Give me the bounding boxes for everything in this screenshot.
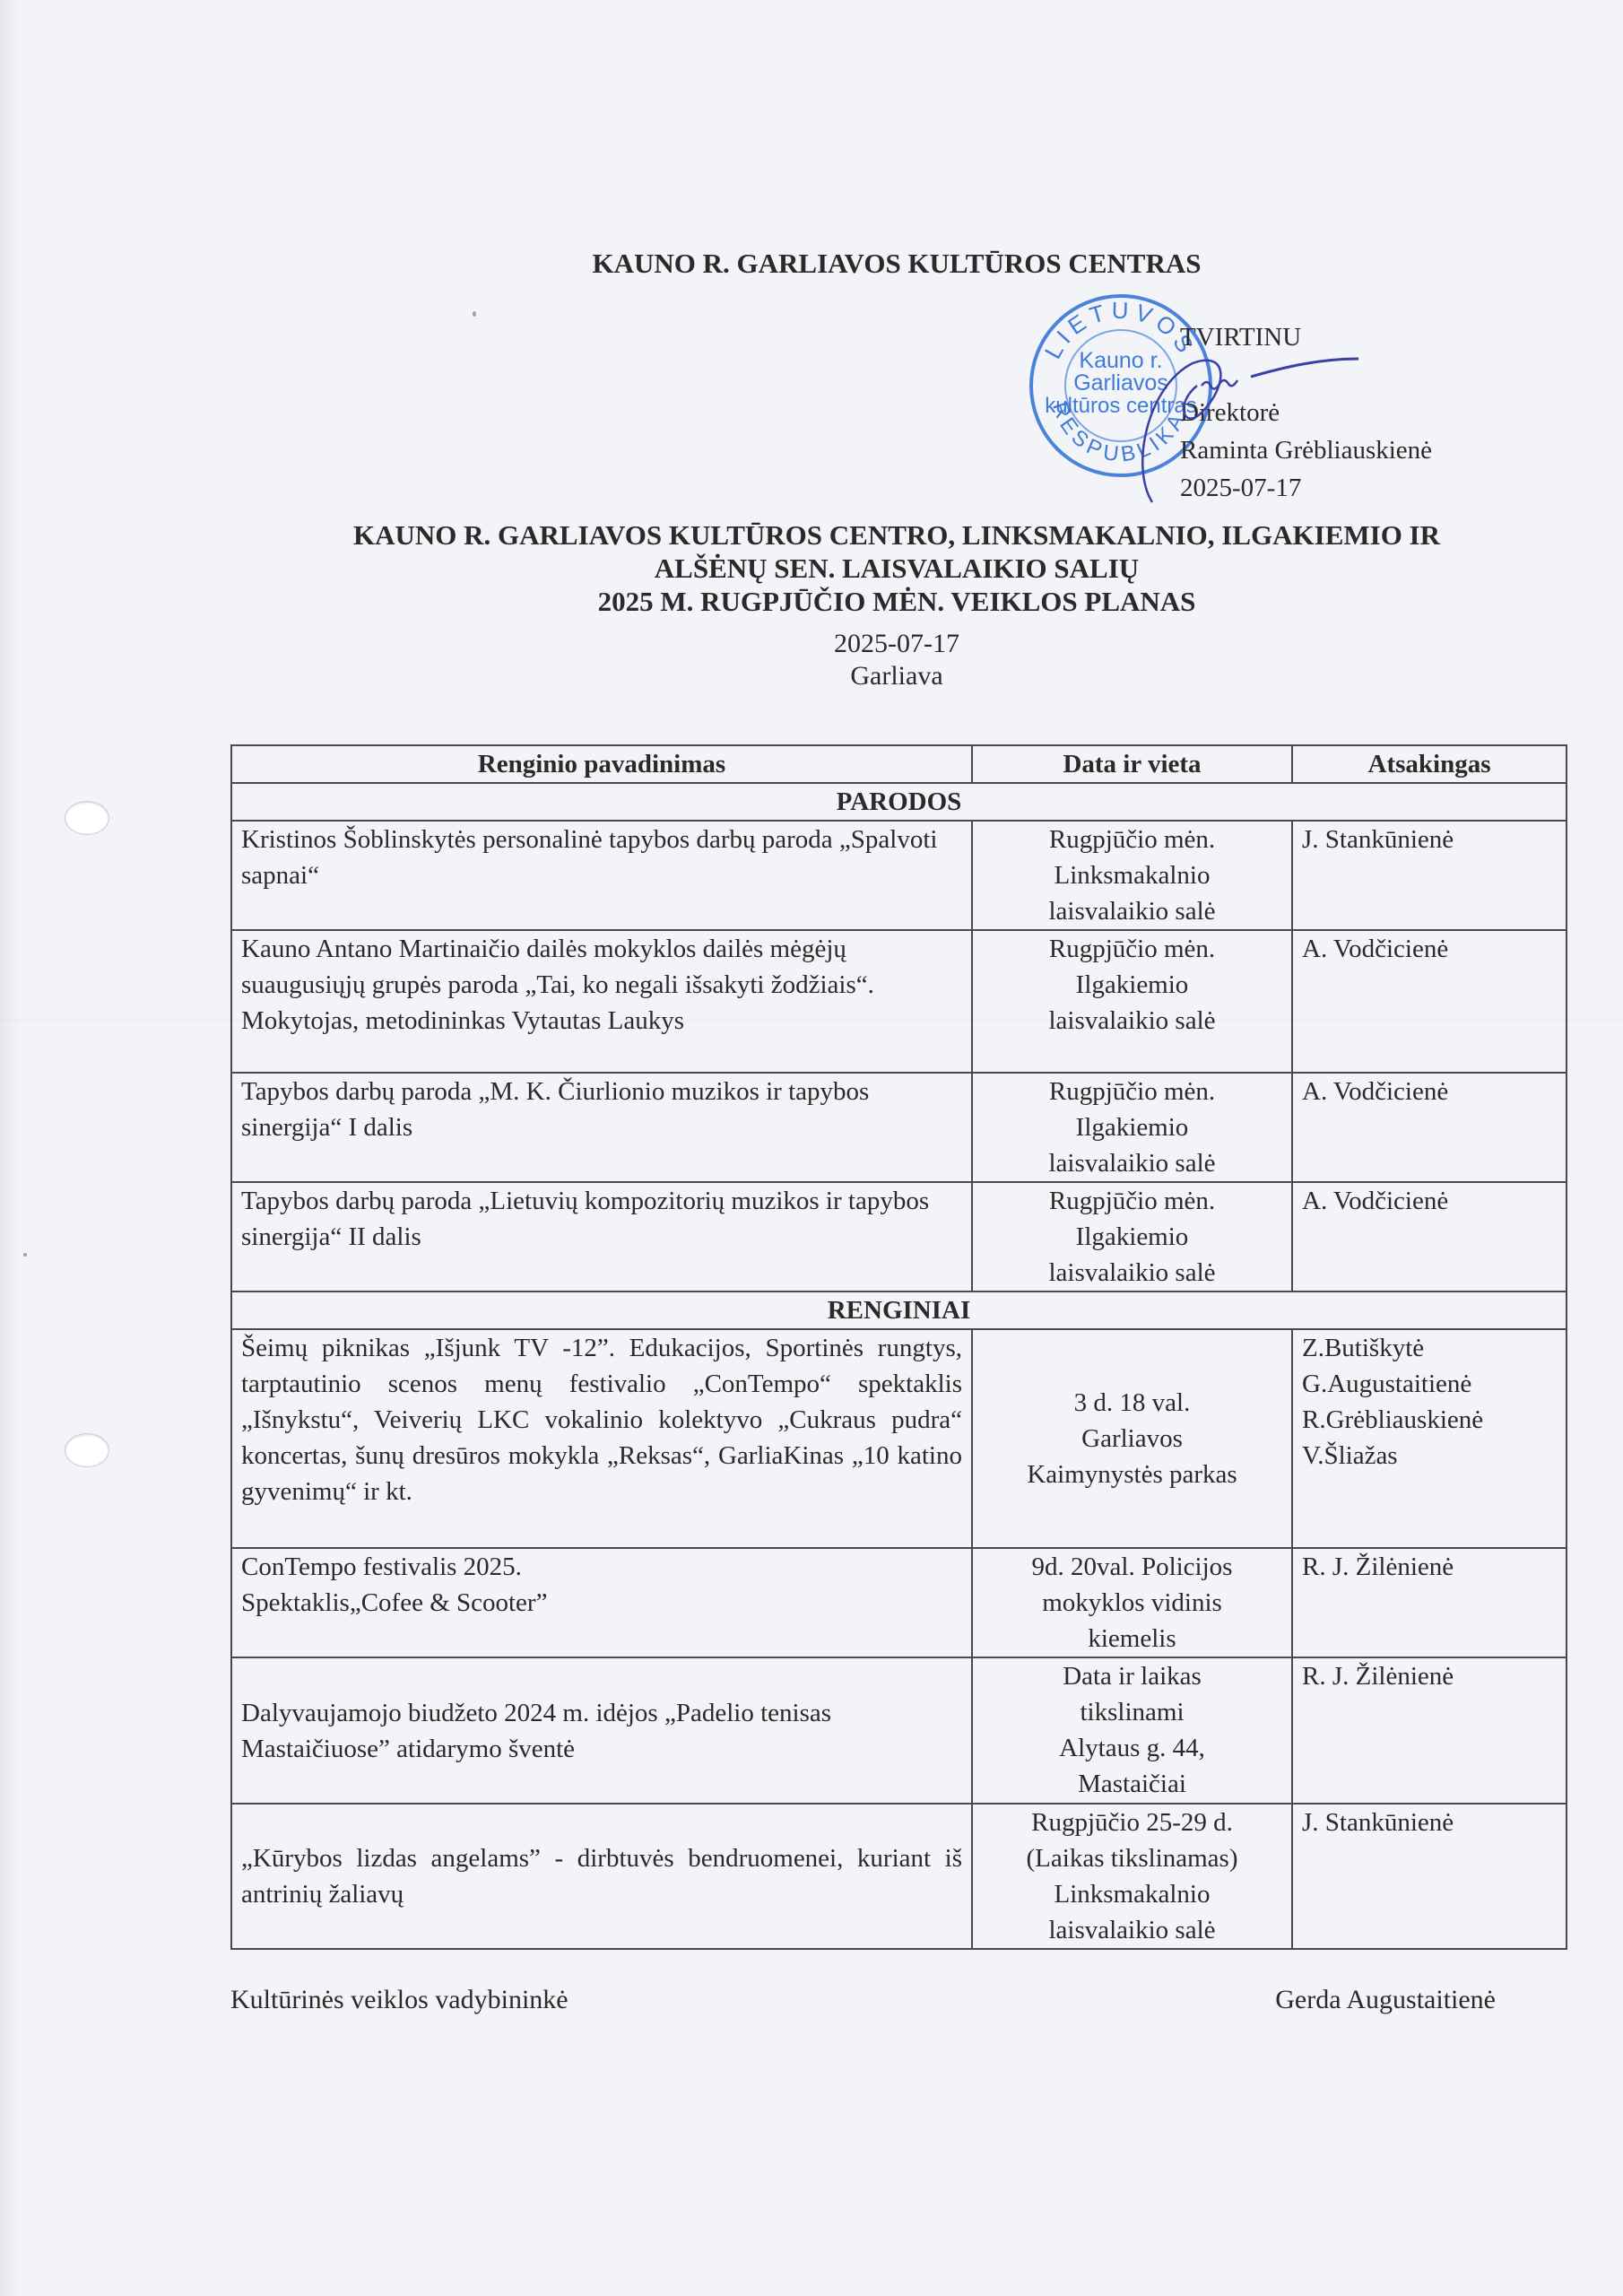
event-name: Tapybos darbų paroda „Lietuvių kompozito… — [231, 1182, 972, 1291]
svg-text:Garliavos: Garliavos — [1073, 370, 1168, 396]
plan-title-line: KAUNO R. GARLIAVOS KULTŪROS CENTRO, LINK… — [233, 518, 1560, 552]
punch-hole-bottom — [65, 1433, 109, 1467]
event-date-place: Data ir laikas tikslinami Alytaus g. 44,… — [972, 1657, 1292, 1804]
event-name: „Kūrybos lizdas angelams” - dirbtuvės be… — [231, 1804, 972, 1949]
plan-meta: 2025-07-17 Garliava — [233, 628, 1560, 692]
svg-text:LIETUVOS: LIETUVOS — [1039, 297, 1202, 363]
table-row: Tapybos darbų paroda „Lietuvių kompozito… — [231, 1182, 1567, 1291]
event-name: Dalyvaujamojo biudžeto 2024 m. idėjos „P… — [231, 1657, 972, 1804]
plan-date: 2025-07-17 — [233, 628, 1560, 660]
column-header-event-name: Renginio pavadinimas — [231, 745, 972, 783]
scan-speck — [23, 1253, 27, 1257]
event-responsible: Z.Butiškytė G.Augustaitienė R.Grėbliausk… — [1292, 1329, 1567, 1548]
punch-hole-top — [65, 801, 109, 835]
event-date-place: Rugpjūčio 25-29 d. (Laikas tikslinamas) … — [972, 1804, 1292, 1949]
event-name: Tapybos darbų paroda „M. K. Čiurlionio m… — [231, 1073, 972, 1182]
section-title: RENGINIAI — [231, 1291, 1567, 1329]
table-row: Kauno Antano Martinaičio dailės mokyklos… — [231, 930, 1567, 1073]
column-header-date-place: Data ir vieta — [972, 745, 1292, 783]
approval-date: 2025-07-17 — [1180, 469, 1432, 507]
event-date-place: 9d. 20val. Policijos mokyklos vidinis ki… — [972, 1548, 1292, 1657]
event-date-place: 3 d. 18 val. Garliavos Kaimynystės parka… — [972, 1329, 1292, 1548]
svg-text:Kauno r.: Kauno r. — [1079, 348, 1162, 373]
column-header-responsible: Atsakingas — [1292, 745, 1567, 783]
plan-place: Garliava — [233, 660, 1560, 692]
footer-role: Kultūrinės veiklos vadybininkė — [230, 1985, 568, 2015]
table-row: Kristinos Šoblinskytės personalinė tapyb… — [231, 821, 1567, 930]
event-responsible: A. Vodčicienė — [1292, 930, 1567, 1073]
event-responsible: R. J. Žilėnienė — [1292, 1548, 1567, 1657]
event-name: Kauno Antano Martinaičio dailės mokyklos… — [231, 930, 972, 1073]
section-row-exhibitions: PARODOS — [231, 783, 1567, 821]
svg-text:RESPUBLIKA: RESPUBLIKA — [1047, 399, 1192, 467]
section-title: PARODOS — [231, 783, 1567, 821]
event-date-place: Rugpjūčio mėn. Ilgakiemio laisvalaikio s… — [972, 1073, 1292, 1182]
scan-page-edge — [0, 0, 20, 2296]
event-name: ConTempo festivalis 2025. Spektaklis„Cof… — [231, 1548, 972, 1657]
approval-block: TVIRTINU Direktorė Raminta Grėbliauskien… — [1180, 318, 1432, 507]
table-row: „Kūrybos lizdas angelams” - dirbtuvės be… — [231, 1804, 1567, 1949]
approver-name: Raminta Grėbliauskienė — [1180, 431, 1432, 469]
table-row: Šeimų piknikas „Išjunk TV -12”. Edukacij… — [231, 1329, 1567, 1548]
event-date-place: Rugpjūčio mėn. Linksmakalnio laisvalaiki… — [972, 821, 1292, 930]
plan-title-line: 2025 M. RUGPJŪČIO MĖN. VEIKLOS PLANAS — [233, 585, 1560, 618]
event-responsible: A. Vodčicienė — [1292, 1182, 1567, 1291]
event-responsible: J. Stankūnienė — [1292, 821, 1567, 930]
table-row: Tapybos darbų paroda „M. K. Čiurlionio m… — [231, 1073, 1567, 1182]
event-responsible: R. J. Žilėnienė — [1292, 1657, 1567, 1804]
approver-position: Direktorė — [1180, 394, 1432, 431]
event-name: Šeimų piknikas „Išjunk TV -12”. Edukacij… — [231, 1329, 972, 1548]
footer-name: Gerda Augustaitienė — [1275, 1985, 1496, 2015]
table-row: ConTempo festivalis 2025. Spektaklis„Cof… — [231, 1548, 1567, 1657]
event-date-place: Rugpjūčio mėn. Ilgakiemio laisvalaikio s… — [972, 1182, 1292, 1291]
event-date-place: Rugpjūčio mėn. Ilgakiemio laisvalaikio s… — [972, 930, 1292, 1073]
table-header-row: Renginio pavadinimas Data ir vieta Atsak… — [231, 745, 1567, 783]
activity-plan-table: Renginio pavadinimas Data ir vieta Atsak… — [230, 744, 1567, 1950]
plan-title-line: ALŠĖNŲ SEN. LAISVALAIKIO SALIŲ — [233, 552, 1560, 585]
svg-text:kultūros centras: kultūros centras — [1045, 394, 1196, 418]
event-responsible: J. Stankūnienė — [1292, 1804, 1567, 1949]
organization-title: KAUNO R. GARLIAVOS KULTŪROS CENTRAS — [0, 248, 1623, 280]
section-row-events: RENGINIAI — [231, 1291, 1567, 1329]
event-name: Kristinos Šoblinskytės personalinė tapyb… — [231, 821, 972, 930]
event-responsible: A. Vodčicienė — [1292, 1073, 1567, 1182]
plan-title: KAUNO R. GARLIAVOS KULTŪROS CENTRO, LINK… — [233, 518, 1560, 618]
approve-label: TVIRTINU — [1180, 318, 1432, 356]
scan-speck — [473, 311, 476, 317]
table-row: Dalyvaujamojo biudžeto 2024 m. idėjos „P… — [231, 1657, 1567, 1804]
